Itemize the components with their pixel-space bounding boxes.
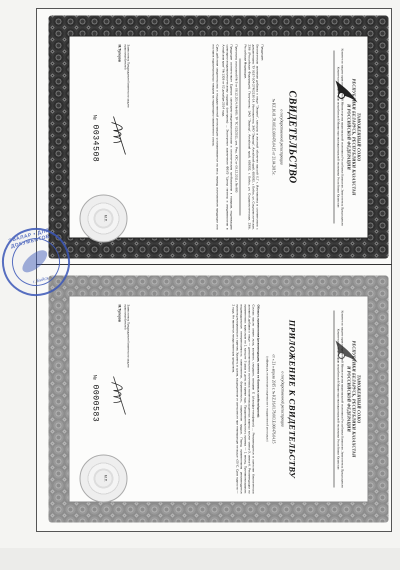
serial-number: №0034508	[90, 114, 99, 162]
header-countries: РЕСПУБЛИКИ БЕЛАРУСЬ, РЕСПУБЛИКИ КАЗАХСТА…	[351, 296, 356, 501]
signer-block: Заместитель Председателя Комитета по защ…	[117, 44, 129, 114]
signature-icon	[109, 374, 129, 418]
serial-prefix: №	[91, 374, 97, 380]
serial-value: 0034508	[90, 124, 99, 162]
appendix-date-line: от « 21 » апреля 2015 г. № KZ.16.01.78.0…	[271, 296, 275, 501]
serial-value: 0000583	[90, 384, 99, 422]
page-divider	[36, 264, 392, 265]
official-seal: М.П.	[79, 194, 127, 242]
signer-name: М.Тулеуов	[117, 304, 120, 374]
certificate-panel: ТАМОЖЕННЫЙ СОЮЗ РЕСПУБЛИКИ БЕЛАРУСЬ, РЕС…	[68, 35, 368, 238]
signature-icon	[109, 114, 129, 158]
header-countries: РЕСПУБЛИКИ БЕЛАРУСЬ, РЕСПУБЛИКИ КАЗАХСТА…	[351, 36, 356, 237]
appendix-panel: ТАМОЖЕННЫЙ СОЮЗ РЕСПУБЛИКИ БЕЛАРУСЬ, РЕС…	[68, 295, 368, 502]
certificate-title: СВИДЕТЕЛЬСТВО	[286, 36, 297, 237]
certificate-body: Продукция: Биологически активная добавка…	[209, 44, 263, 229]
appendix-footer: Заместитель Председателя Комитета по защ…	[69, 304, 129, 493]
body-paragraph: Состав: масло семян льна, желатин, глице…	[230, 304, 253, 493]
body-paragraph: Продукция:	[259, 44, 263, 229]
header-rule	[333, 310, 334, 487]
body-paragraph: Биологически активная добавка к пище "Эк…	[242, 44, 258, 229]
header-union: ТАМОЖЕННЫЙ СОЮЗ	[356, 36, 361, 237]
signer-block: Заместитель Председателя Комитета по защ…	[117, 304, 129, 374]
signer-name: М.Тулеуов	[117, 44, 120, 114]
header-federation: И РОССИЙСКОЙ ФЕДЕРАЦИИ	[346, 36, 351, 237]
appendix-subtitle: о государственной регистрации	[280, 296, 285, 501]
body-paragraph: Область применения (рекомендации, отмена…	[255, 304, 259, 493]
appendix-date-caption: (информация, не внесенная в свидетельств…	[265, 296, 268, 501]
header-authority: Комитет по защите прав потребителей Мини…	[336, 296, 344, 501]
scan-bottom-margin	[0, 548, 400, 570]
registration-certificate: ТАМОЖЕННЫЙ СОЮЗ РЕСПУБЛИКИ БЕЛАРУСЬ, РЕС…	[48, 15, 388, 258]
certificate-footer: Заместитель Председателя Комитета по защ…	[69, 44, 129, 229]
header-authority: Комитет по защите прав потребителей Мини…	[336, 36, 344, 237]
header-federation: И РОССИЙСКОЙ ФЕДЕРАЦИИ	[346, 296, 351, 501]
serial-number: №0000583	[90, 374, 99, 422]
body-paragraph: Протоколы испытаний № 3 от 08.12.2014; №…	[233, 44, 237, 229]
registration-number: № KZ.16.01.78.003.Е.000476.04.15 от 21.0…	[271, 36, 275, 237]
serial-prefix: №	[91, 114, 97, 120]
header-union: ТАМОЖЕННЫЙ СОЮЗ	[356, 296, 361, 501]
signer-note: Заместитель Председателя Комитета по защ…	[122, 304, 129, 374]
seal-label: М.П.	[103, 455, 107, 501]
seal-label: М.П.	[103, 195, 107, 241]
certificate-header: ТАМОЖЕННЫЙ СОЮЗ РЕСПУБЛИКИ БЕЛАРУСЬ, РЕС…	[331, 36, 361, 237]
header-rule	[333, 50, 334, 223]
appendix-header: ТАМОЖЕННЫЙ СОЮЗ РЕСПУБЛИКИ БЕЛАРУСЬ, РЕС…	[331, 296, 361, 501]
body-paragraph: Срок действия свидетельства о государств…	[211, 44, 219, 229]
appendix-body: Область применения (рекомендации, отмена…	[229, 304, 259, 493]
body-rule	[239, 58, 240, 215]
appendix-title: ПРИЛОЖЕНИЕ К СВИДЕТЕЛЬСТВУ	[287, 296, 297, 501]
certificate-subtitle: о государственной регистрации	[279, 36, 284, 237]
signer-note: Заместитель Председателя Комитета по защ…	[122, 44, 129, 114]
certificate-appendix: ТАМОЖЕННЫЙ СОЮЗ РЕСПУБЛИКИ БЕЛАРУСЬ, РЕС…	[48, 275, 388, 522]
body-paragraph: Продукция соответствует Единым санитарно…	[220, 44, 232, 229]
official-seal: М.П.	[79, 454, 127, 502]
